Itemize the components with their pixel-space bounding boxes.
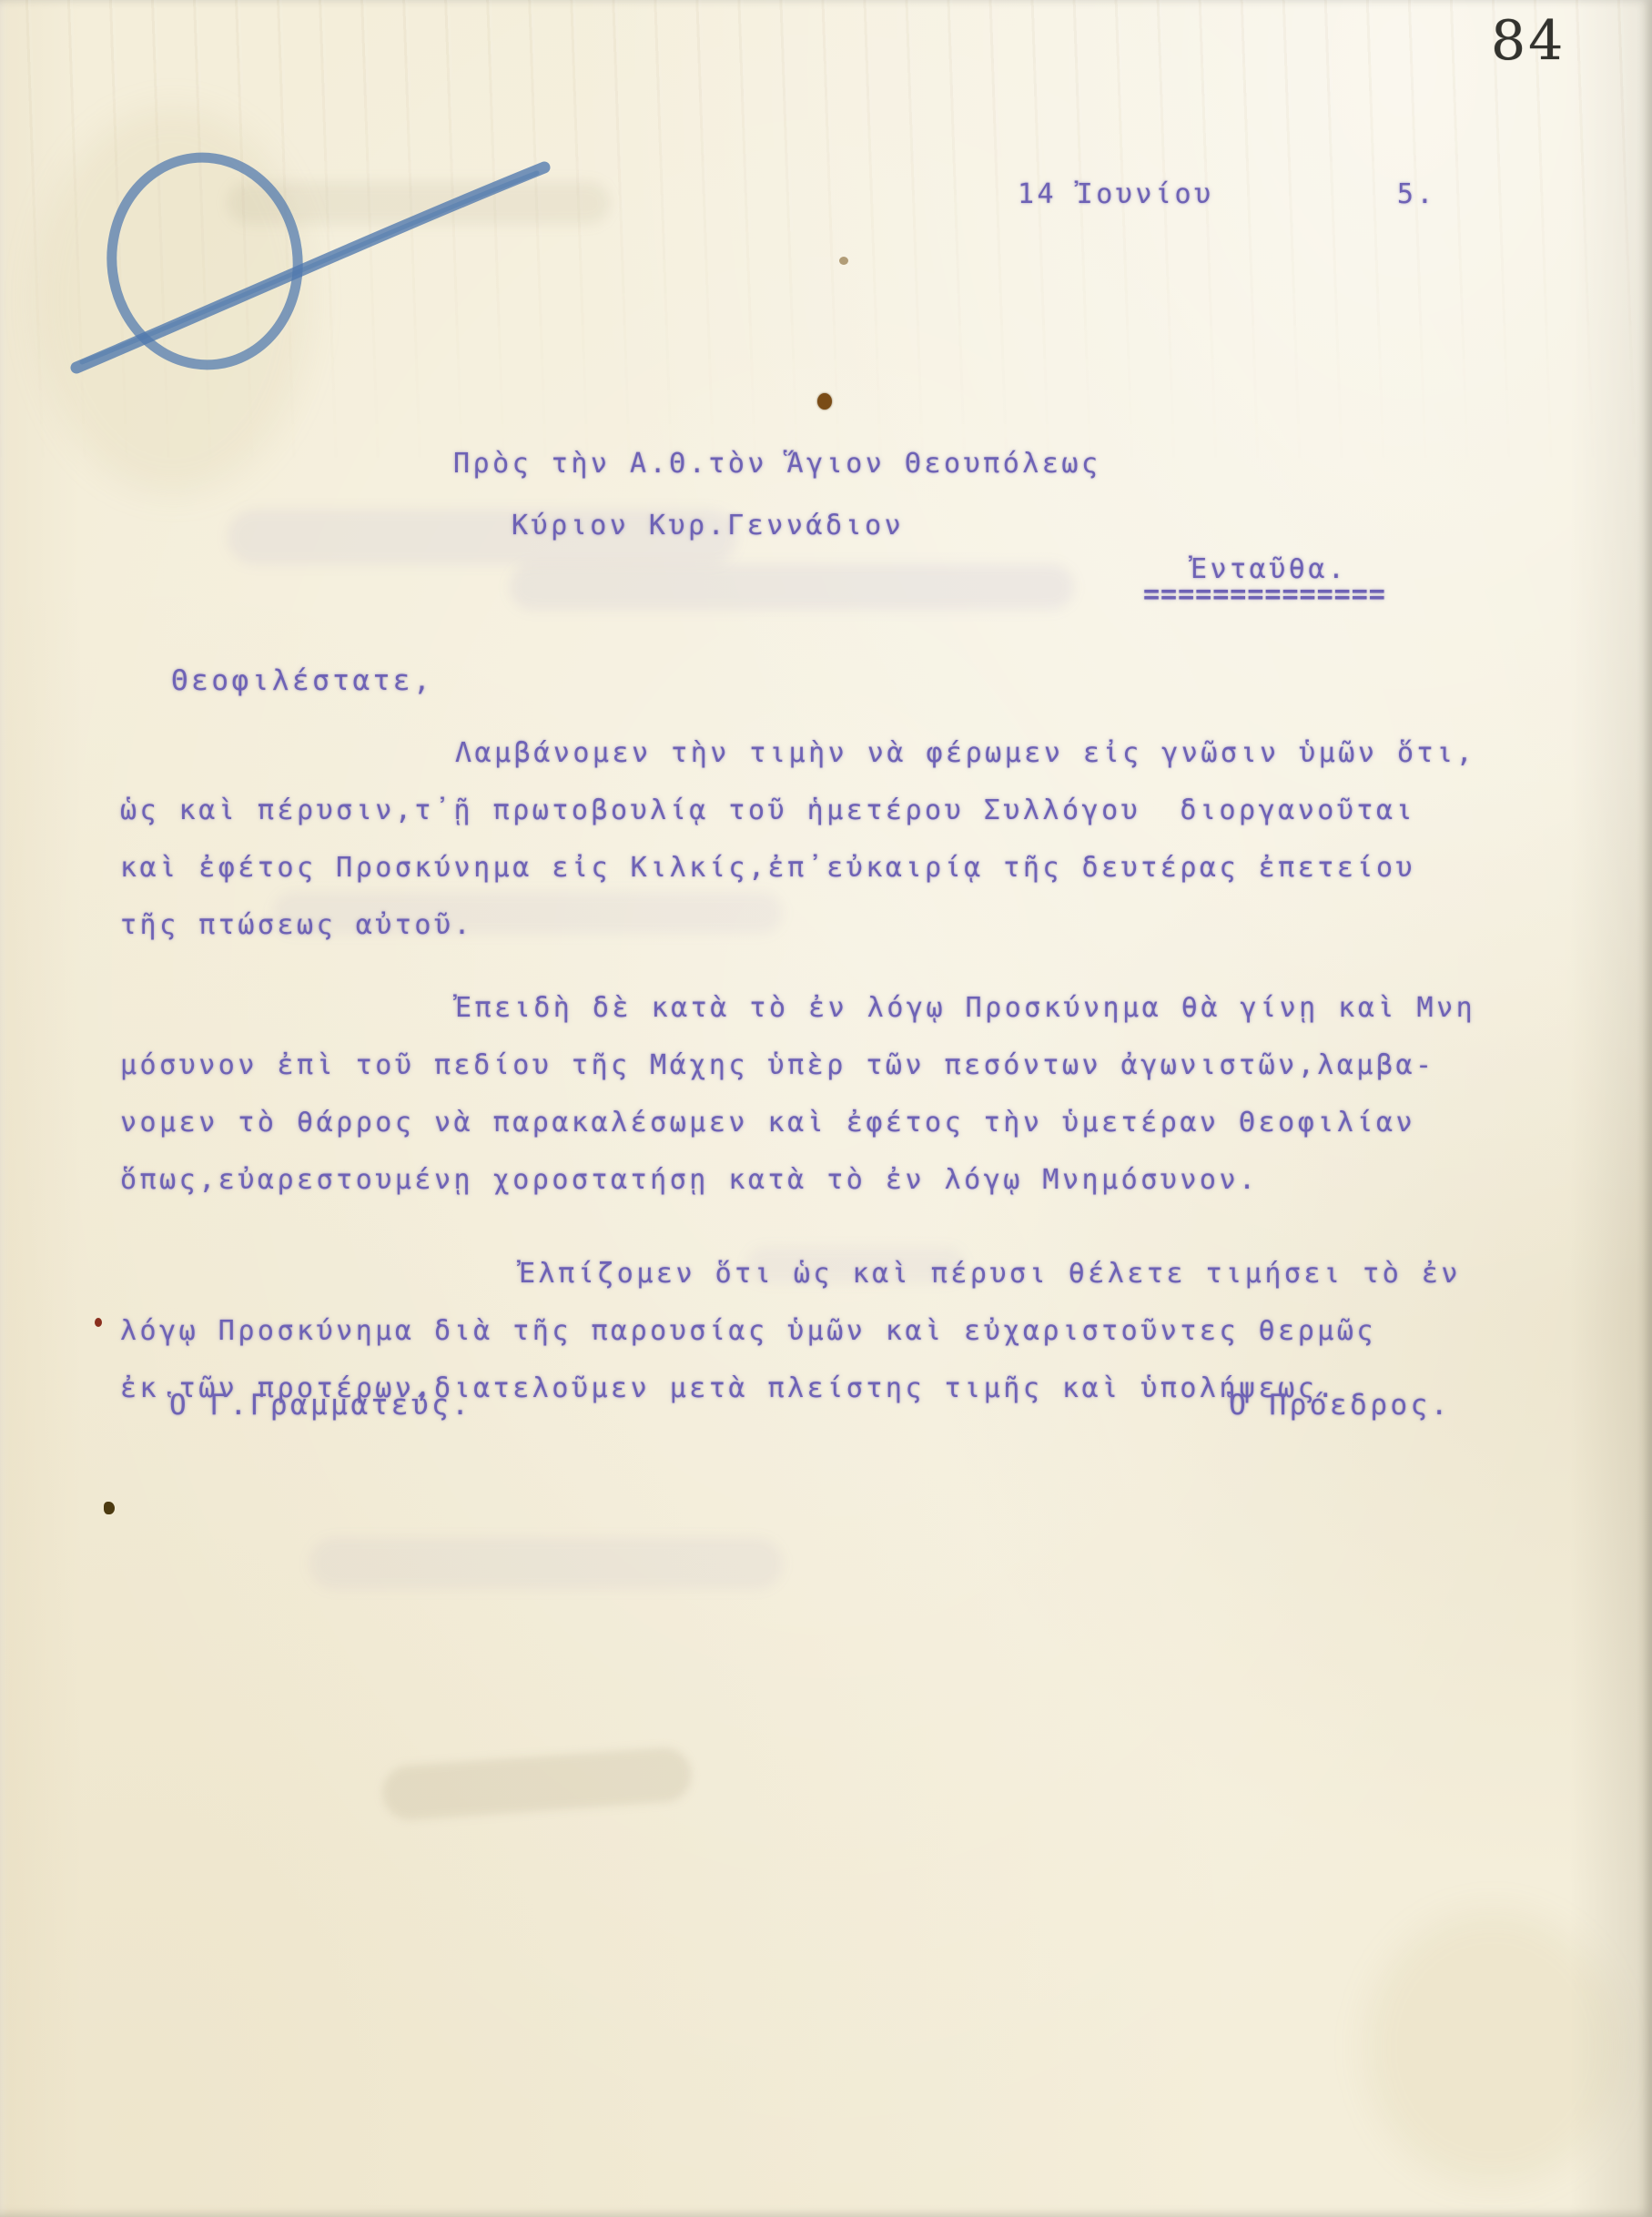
- double-rule: ==============: [1143, 579, 1386, 611]
- scanned-letter-page: 84 14 Ἰουνίου 5. Πρὸς τὴν Α.Θ.τὸν Ἅγιον …: [0, 0, 1652, 2217]
- bleed-through-smudge: [309, 1538, 783, 1589]
- signature-row: Ὁ Γ.Γραμματεύς. Ὁ Πρόεδρος.: [120, 1389, 1451, 1422]
- paper-stain: [1365, 1911, 1620, 2184]
- recipient-line-2: Κύριον Κυρ.Γεννάδιον: [512, 510, 904, 542]
- ink-speck: [817, 393, 832, 410]
- ink-speck: [104, 1502, 115, 1514]
- salutation: Θεοφιλέστατε,: [171, 664, 433, 697]
- signature-secretary: Ὁ Γ.Γραμματεύς.: [169, 1389, 471, 1422]
- date-line: 14 Ἰουνίου 5.: [1018, 178, 1436, 210]
- bleed-through-smudge: [510, 564, 1074, 610]
- body-line: μόσυνον ἐπὶ τοῦ πεδίου τῆς Μάχης ὑπὲρ τῶ…: [120, 1037, 1504, 1094]
- body-line: νομεν τὸ θάρρος νὰ παρακαλέσωμεν καὶ ἐφέ…: [120, 1094, 1504, 1151]
- blue-pencil-check-mark-icon: [64, 138, 573, 411]
- date-ref-number: 5.: [1397, 178, 1436, 210]
- body-line: ὡς καὶ πέρυσιν,τ᾿ῇ πρωτοβουλίᾳ τοῦ ἡμετέ…: [120, 782, 1504, 839]
- ink-speck: [95, 1318, 102, 1327]
- body-line: τῆς πτώσεως αὐτοῦ.: [120, 896, 1504, 954]
- recipient-line-1: Πρὸς τὴν Α.Θ.τὸν Ἅγιον Θεουπόλεως: [453, 448, 1101, 480]
- body-line: ὅπως,εὐαρεστουμένῃ χοροστατήσῃ κατὰ τὸ ἐ…: [120, 1151, 1504, 1209]
- folio-page-number: 84: [1491, 9, 1566, 73]
- body-line: Ἐπειδὴ δὲ κατὰ τὸ ἐν λόγῳ Προσκύνημα θὰ …: [120, 979, 1504, 1037]
- letter-body: Λαμβάνομεν τὴν τιμὴν νὰ φέρωμεν εἰς γνῶσ…: [120, 724, 1504, 1417]
- signature-president: Ὁ Πρόεδρος.: [1229, 1389, 1451, 1422]
- body-line: Λαμβάνομεν τὴν τιμὴν νὰ φέρωμεν εἰς γνῶσ…: [120, 724, 1504, 782]
- body-line: Ἐλπίζομεν ὅτι ὡς καὶ πέρυσι θέλετε τιμήσ…: [120, 1245, 1504, 1302]
- date-day-month: 14 Ἰουνίου: [1018, 178, 1214, 210]
- bleed-through-signature-smudge: [380, 1746, 693, 1822]
- body-line: λόγῳ Προσκύνημα διὰ τῆς παρουσίας ὑμῶν κ…: [120, 1302, 1504, 1360]
- ink-speck: [839, 257, 848, 265]
- body-line: καὶ ἐφέτος Προσκύνημα εἰς Κιλκίς,ἐπ᾿εὐκα…: [120, 839, 1504, 896]
